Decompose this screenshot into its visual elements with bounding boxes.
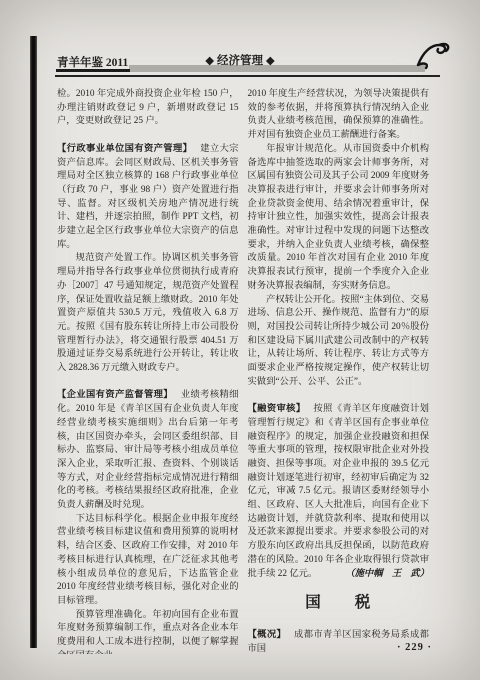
flourish-icon: [415, 40, 453, 75]
paragraph: 【融资审核】按照《青羊区年度融资计划管理暂行规定》和《青羊区国有企事业单位融资程…: [248, 403, 430, 581]
left-column: 检。2010 年完成外商投资企业年检 150 户，办理注销财政登记 9 户，新增…: [57, 88, 239, 654]
title-underline: [56, 69, 130, 72]
page-number: · 229 ·: [397, 642, 432, 653]
right-column: 2010 年度生产经营状况，为领导决策提供有效的参考依据，并将预算执行情况纳入企…: [248, 88, 430, 654]
paragraph: 【企业国有资产监督管理】业绩考核精细化。2010 年是《青羊区国有企业负责人年度…: [57, 389, 239, 512]
entry-title: 【概况】: [248, 630, 287, 640]
scan-gutter-bar: [30, 36, 37, 648]
entry-title: 【行政事业单位国有资产管理】: [57, 144, 192, 154]
text-columns: 检。2010 年完成外商投资企业年检 150 户，办理注销财政登记 9 户，新增…: [57, 88, 429, 654]
entry-title: 【融资审核】: [248, 404, 306, 414]
paragraph: 产权转让公开化。按照“主体到位、交易进场、信息公开、操作规范、监督有力”的原则，…: [248, 294, 430, 390]
paragraph: 下达目标科学化。根据企业申报年度经营业绩考核目标建议值和费用预算的说明材料，结合…: [57, 513, 239, 609]
paragraph: 【行政事业单位国有资产管理】建立大宗资产信息库。会同区财政局、区机关事务管理局对…: [57, 143, 239, 253]
paragraph: 2010 年度生产经营状况，为领导决策提供有效的参考依据，并将预算执行情况纳入企…: [248, 88, 430, 143]
author-byline: （施中帼 王 武）: [345, 568, 429, 582]
paragraph: 规范资产处置工作。协调区机关事务管理局并指导各行政事业单位贯彻执行成青府办［20…: [57, 252, 239, 375]
section-marker: ◆ 经济管理 ◆: [205, 52, 274, 68]
paragraph: 年报审计规范化。从市国资委中介机构备选库中抽签选取的两家会计师事务所，对区属国有…: [248, 143, 430, 294]
section-heading: 国 税: [248, 596, 430, 610]
header-rule-gray: [129, 65, 425, 72]
paragraph: 检。2010 年完成外商投资企业年检 150 户，办理注销财政登记 9 户，新增…: [57, 88, 239, 129]
scanned-yearbook-page: 青羊年鉴 2011 ◆ 经济管理 ◆ 检。2010 年完成外商投资企业年检 15…: [0, 0, 480, 680]
entry-title: 【企业国有资产监督管理】: [57, 390, 173, 400]
volume-title: 青羊年鉴 2011: [57, 54, 128, 70]
paragraph: 预算管理准确化。年初向国有企业布置年度财务预算编制工作，重点对各企业本年度费用和…: [57, 609, 239, 654]
header-rule-black: [55, 75, 440, 77]
